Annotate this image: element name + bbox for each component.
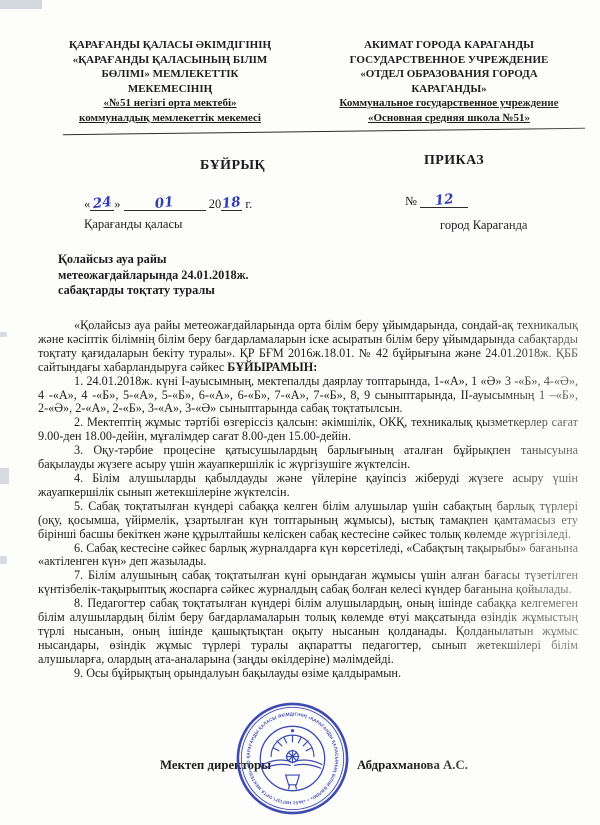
signature-name: Абдрахманова А.С. [357, 758, 468, 773]
date-year-prefix: 20 [209, 197, 222, 211]
issue-place-ru: город Караганда [440, 218, 527, 233]
order-body: «Қолайсыз ауа райы метеожағдайларында ор… [38, 319, 578, 681]
institution-header-kk: ҚАРАҒАНДЫ ҚАЛАСЫ ӘКІМДІГІНІҢ «ҚАРАҒАНДЫ … [28, 38, 312, 125]
header-line: БӨЛІМІ» МЕМЛЕКЕТТІК [28, 67, 312, 82]
header-line: МЕКЕМЕСІНІҢ [28, 82, 312, 97]
order-item-6: 6. Сабақ кестесіне сәйкес барлық журналд… [38, 542, 578, 570]
order-item-3: 3. Оқу-тәрбие процесіне қатысушылардың б… [38, 444, 578, 472]
number-label: № [405, 194, 417, 208]
header-line: ГОСУДАРСТВЕННОЕ УЧРЕЖДЕНИЕ [316, 53, 582, 68]
scan-artifact [0, 0, 42, 9]
order-item-2: 2. Мектептің жұмыс тәртібі өзгеріссіз қа… [38, 416, 578, 444]
date-year-blank: 18 [221, 196, 242, 211]
date-day-blank: 24 [90, 196, 114, 211]
resolve-keyword: БҰЙЫРАМЫН: [227, 360, 317, 374]
issue-place-kk: Қарағанды қаласы [84, 217, 182, 232]
order-title-kk: БҰЙРЫҚ [200, 158, 265, 174]
official-school-stamp: ҚАРАҒАНДЫ ҚАЛАСЫ ӘКІМДІГІНІҢ «ҚАРАҒАНДЫ … [234, 700, 351, 817]
handwritten-year: 18 [221, 194, 242, 212]
date-month-blank: 01 [124, 196, 206, 211]
header-line: АКИМАТ ГОРОДА КАРАГАНДЫ [316, 38, 582, 53]
order-item-9: 9. Осы бұйрықтың орындалуын бақылауды өз… [38, 667, 578, 681]
order-title-ru: ПРИКАЗ [424, 153, 484, 169]
header-school-name-ru: «Основная средняя школа №51» [316, 111, 582, 126]
handwritten-number: 12 [434, 191, 455, 209]
header-line: КАРАГАНДЫ» [316, 82, 582, 97]
header-school-name-kk: «№51 негізгі орта мектебі» [28, 96, 312, 111]
handwritten-month: 01 [154, 194, 175, 212]
number-blank: 12 [420, 193, 468, 208]
intro-paragraph: «Қолайсыз ауа райы метеожағдайларында ор… [38, 319, 578, 375]
scan-smudge [0, 332, 7, 337]
header-institution-type-ru: Коммунальное государственное учреждение [316, 96, 582, 111]
order-item-8: 8. Педагогтер сабақ тоқтатылған күндері … [38, 597, 578, 667]
scan-smudge [0, 468, 9, 484]
header-divider-line [63, 128, 585, 135]
coat-of-arms-emblem [263, 729, 322, 789]
header-line: «ОТДЕЛ ОБРАЗОВАНИЯ ГОРОДА [316, 67, 582, 82]
date-year-suffix: г. [245, 197, 252, 211]
subject-line: метеожағдайларында 24.01.2018ж. [58, 268, 318, 284]
order-item-5: 5. Сабақ тоқтатылған күндері сабаққа кел… [38, 500, 578, 542]
subject-line: Қолайсыз ауа райы [58, 252, 318, 268]
scanned-order-document: ҚАРАҒАНДЫ ҚАЛАСЫ ӘКІМДІГІНІҢ «ҚАРАҒАНДЫ … [0, 0, 600, 825]
order-item-7: 7. Білім алушының сабақ тоқтатылған күні… [38, 569, 578, 597]
order-number: № 12 [405, 193, 468, 209]
handwritten-day: 24 [92, 194, 113, 212]
institution-header-ru: АКИМАТ ГОРОДА КАРАГАНДЫ ГОСУДАРСТВЕННОЕ … [316, 38, 582, 125]
order-subject: Қолайсыз ауа райы метеожағдайларында 24.… [58, 252, 318, 299]
scan-smudge [0, 556, 7, 564]
header-line: ҚАРАҒАНДЫ ҚАЛАСЫ ӘКІМДІГІНІҢ [28, 38, 312, 53]
header-line: «ҚАРАҒАНДЫ ҚАЛАСЫНЫҢ БІЛІМ [28, 53, 312, 68]
order-date: «24» 01 2018 г. [84, 196, 252, 212]
order-item-4: 4. Білім алушыларды қабылдауды және үйле… [38, 472, 578, 500]
order-item-1: 1. 24.01.2018ж. күні I-ауысымның, мектеп… [38, 375, 578, 417]
subject-line: сабақтарды тоқтату туралы [58, 283, 318, 299]
date-close-quote: » [114, 197, 120, 211]
header-institution-type-kk: коммуналдық мемлекеттік мекемесі [28, 111, 312, 126]
